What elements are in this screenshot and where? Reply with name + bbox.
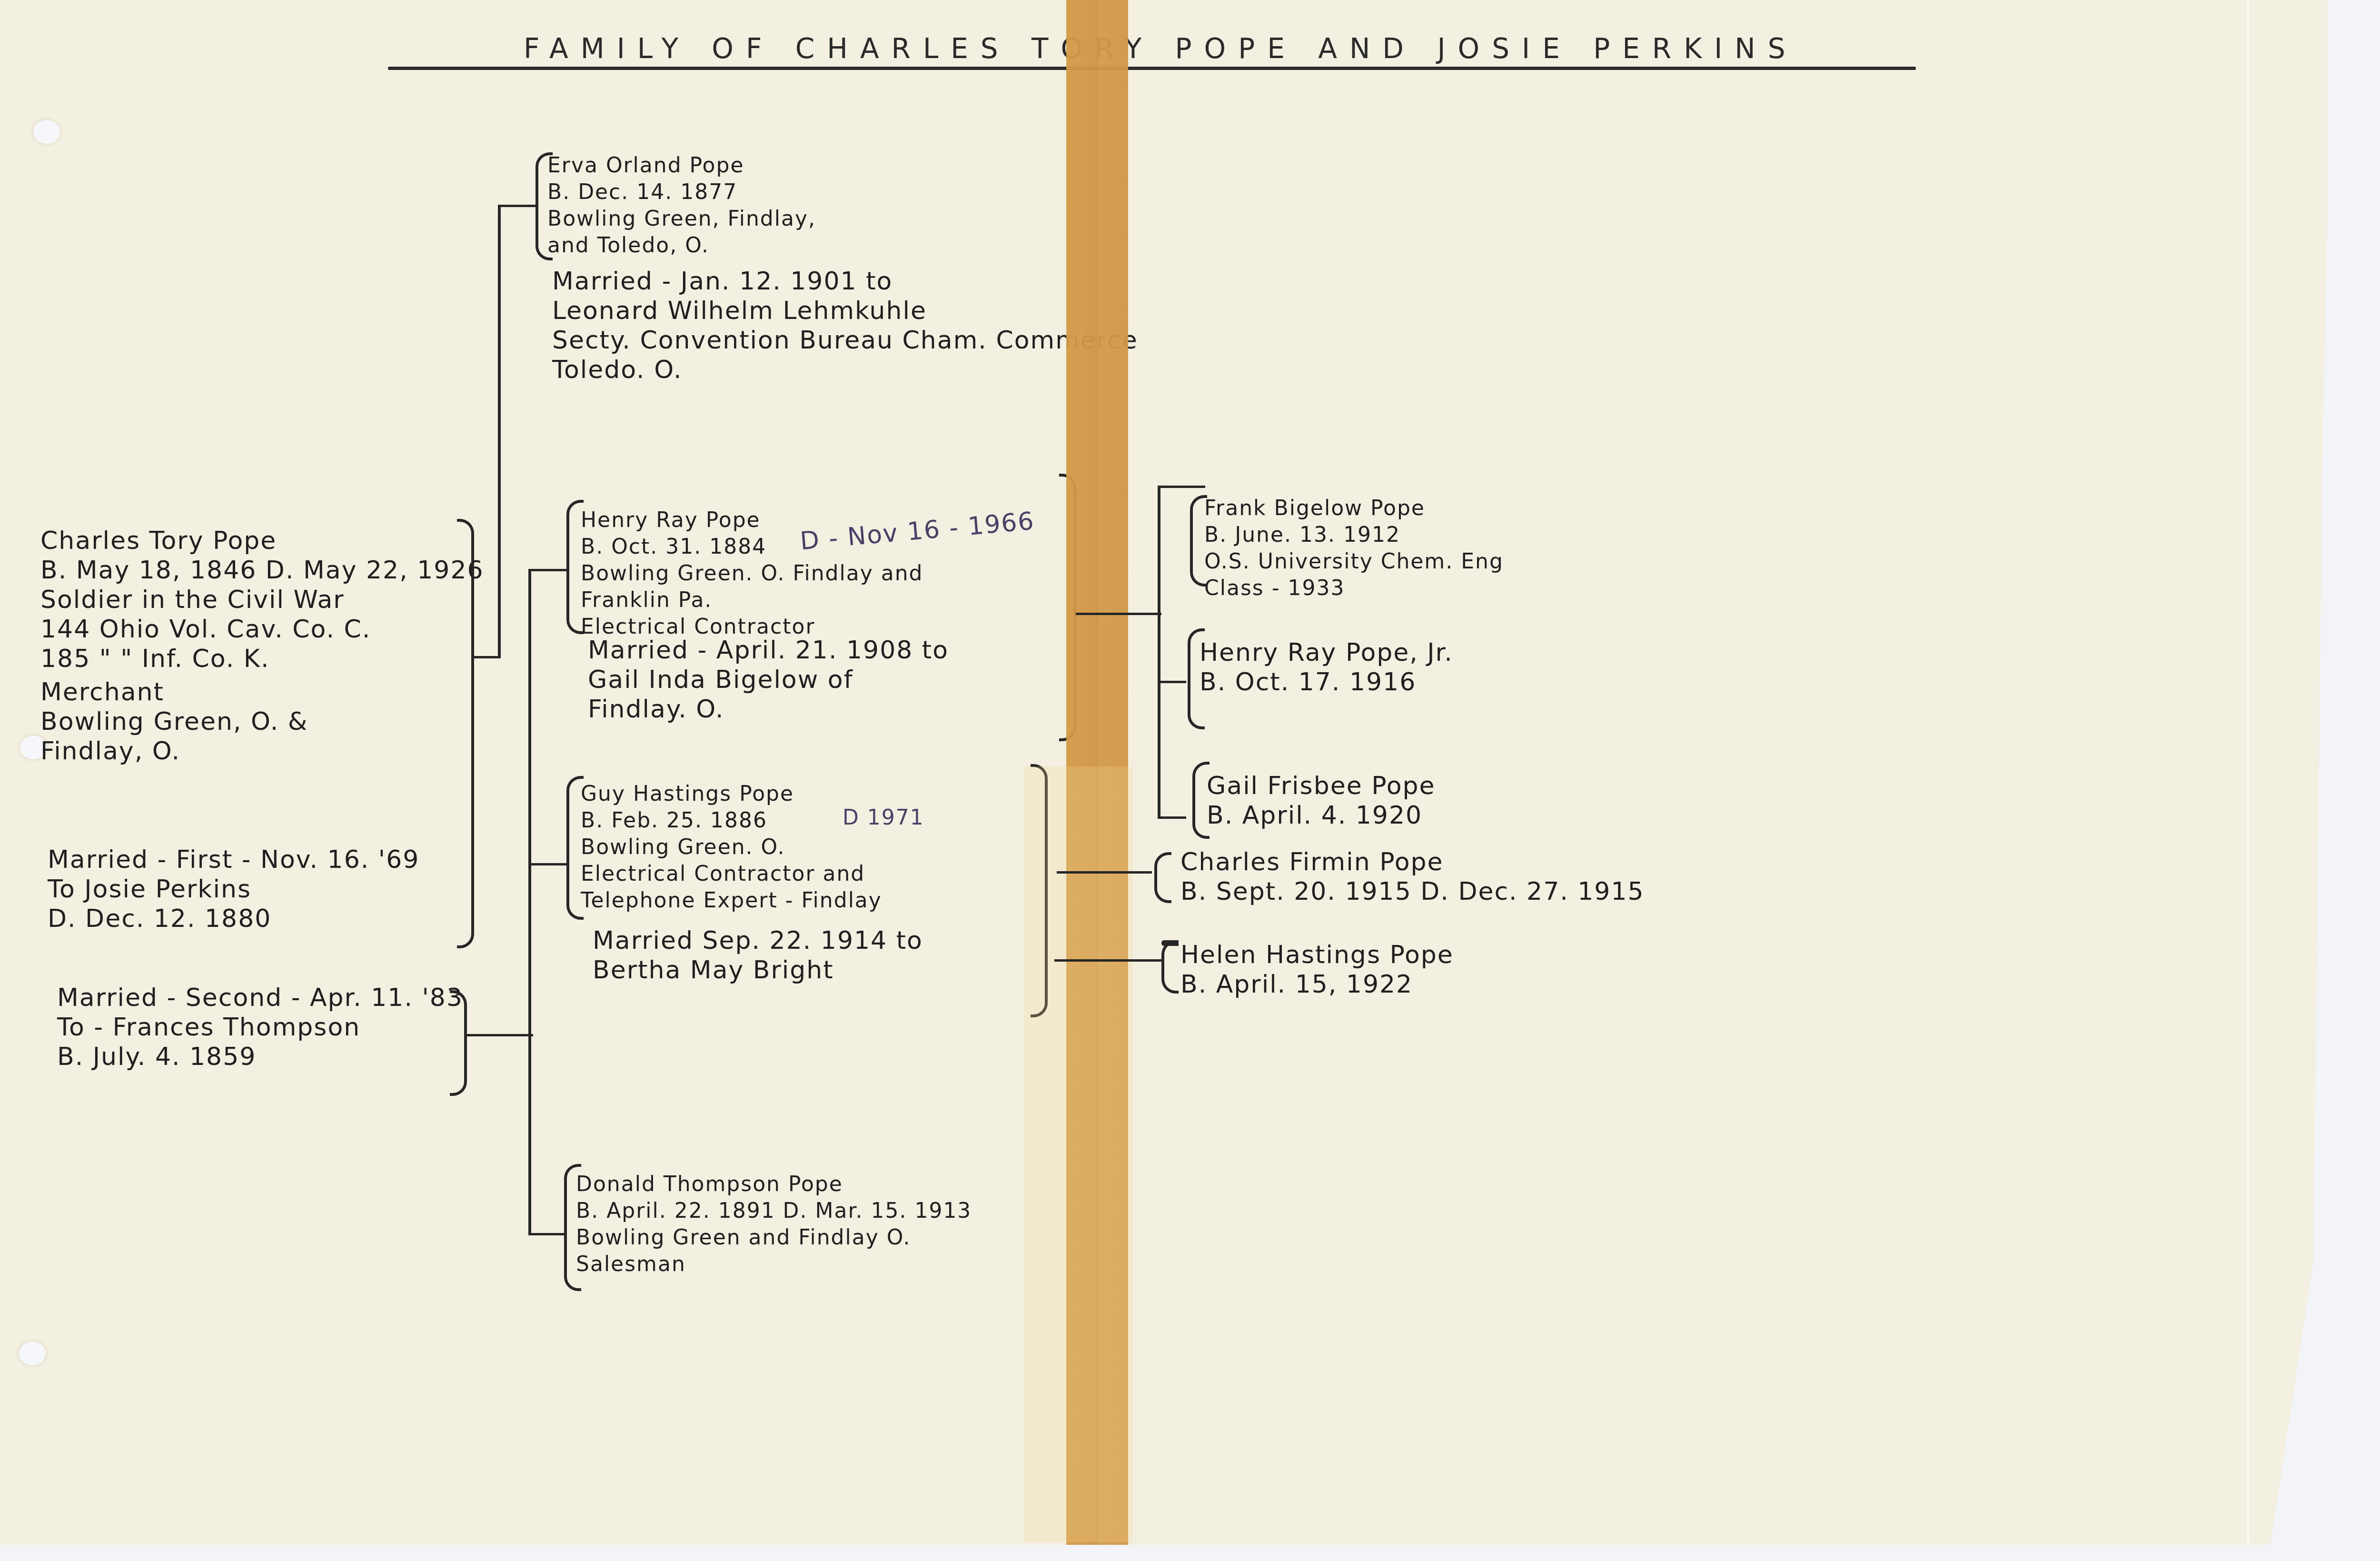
connector bbox=[1158, 486, 1205, 488]
child-erva-marriage: Married - Jan. 12. 1901 to Leonard Wilhe… bbox=[552, 267, 1138, 385]
child-donald: Donald Thompson Pope B. April. 22. 1891 … bbox=[576, 1171, 972, 1278]
child-erva: Erva Orland Pope B. Dec. 14. 1877 Bowlin… bbox=[547, 152, 816, 259]
connector bbox=[1054, 959, 1161, 962]
child-henry-marriage: Married - April. 21. 1908 to Gail Inda B… bbox=[588, 636, 949, 724]
connector bbox=[1158, 681, 1186, 683]
first-family-trunk bbox=[498, 205, 501, 658]
first-family-brace bbox=[457, 519, 474, 948]
guy-death-annotation: D 1971 bbox=[843, 805, 924, 831]
grandchild-frank: Frank Bigelow Pope B. June. 13. 1912 O.S… bbox=[1204, 495, 1504, 602]
connector bbox=[1076, 613, 1161, 615]
second-marriage: Married - Second - Apr. 11. '83 To - Fra… bbox=[57, 983, 463, 1072]
page-title: FAMILY OF CHARLES TORY POPE AND JOSIE PE… bbox=[524, 32, 1856, 65]
punch-hole-bottom bbox=[19, 1342, 46, 1365]
connector bbox=[498, 205, 536, 207]
grandchild-gail: Gail Frisbee Pope B. April. 4. 1920 bbox=[1207, 771, 1435, 830]
grandchild-brace bbox=[1161, 940, 1179, 994]
second-family-trunk bbox=[528, 569, 531, 1233]
clear-tape-patch bbox=[1023, 766, 1133, 1542]
connector bbox=[466, 1034, 533, 1036]
punch-hole-top bbox=[33, 120, 60, 144]
grandchild-brace bbox=[1154, 852, 1171, 903]
first-marriage: Married - First - Nov. 16. '69 To Josie … bbox=[48, 845, 419, 934]
connector bbox=[1057, 871, 1152, 874]
paper-fold-crease bbox=[2247, 0, 2250, 1545]
child-guy-marriage: Married Sep. 22. 1914 to Bertha May Brig… bbox=[593, 926, 923, 985]
grandchild-helen: Helen Hastings Pope B. April. 15, 1922 bbox=[1180, 940, 1454, 999]
document-page: FAMILY OF CHARLES TORY POPE AND JOSIE PE… bbox=[0, 0, 2328, 1545]
connector bbox=[528, 569, 566, 571]
grandchild-charles-firmin: Charles Firmin Pope B. Sept. 20. 1915 D.… bbox=[1180, 847, 1645, 906]
connector bbox=[528, 1233, 564, 1235]
second-family-brace bbox=[450, 990, 467, 1096]
title-underline bbox=[388, 67, 1916, 70]
henry-children-trunk bbox=[1158, 486, 1160, 816]
grandchild-henry-jr: Henry Ray Pope, Jr. B. Oct. 17. 1916 bbox=[1200, 638, 1453, 697]
connector bbox=[1158, 816, 1186, 819]
connector bbox=[531, 863, 569, 865]
patriarch-info: Charles Tory Pope B. May 18, 1846 D. May… bbox=[40, 526, 484, 766]
child-guy: Guy Hastings Pope B. Feb. 25. 1886 Bowli… bbox=[581, 781, 882, 914]
connector bbox=[474, 656, 501, 658]
